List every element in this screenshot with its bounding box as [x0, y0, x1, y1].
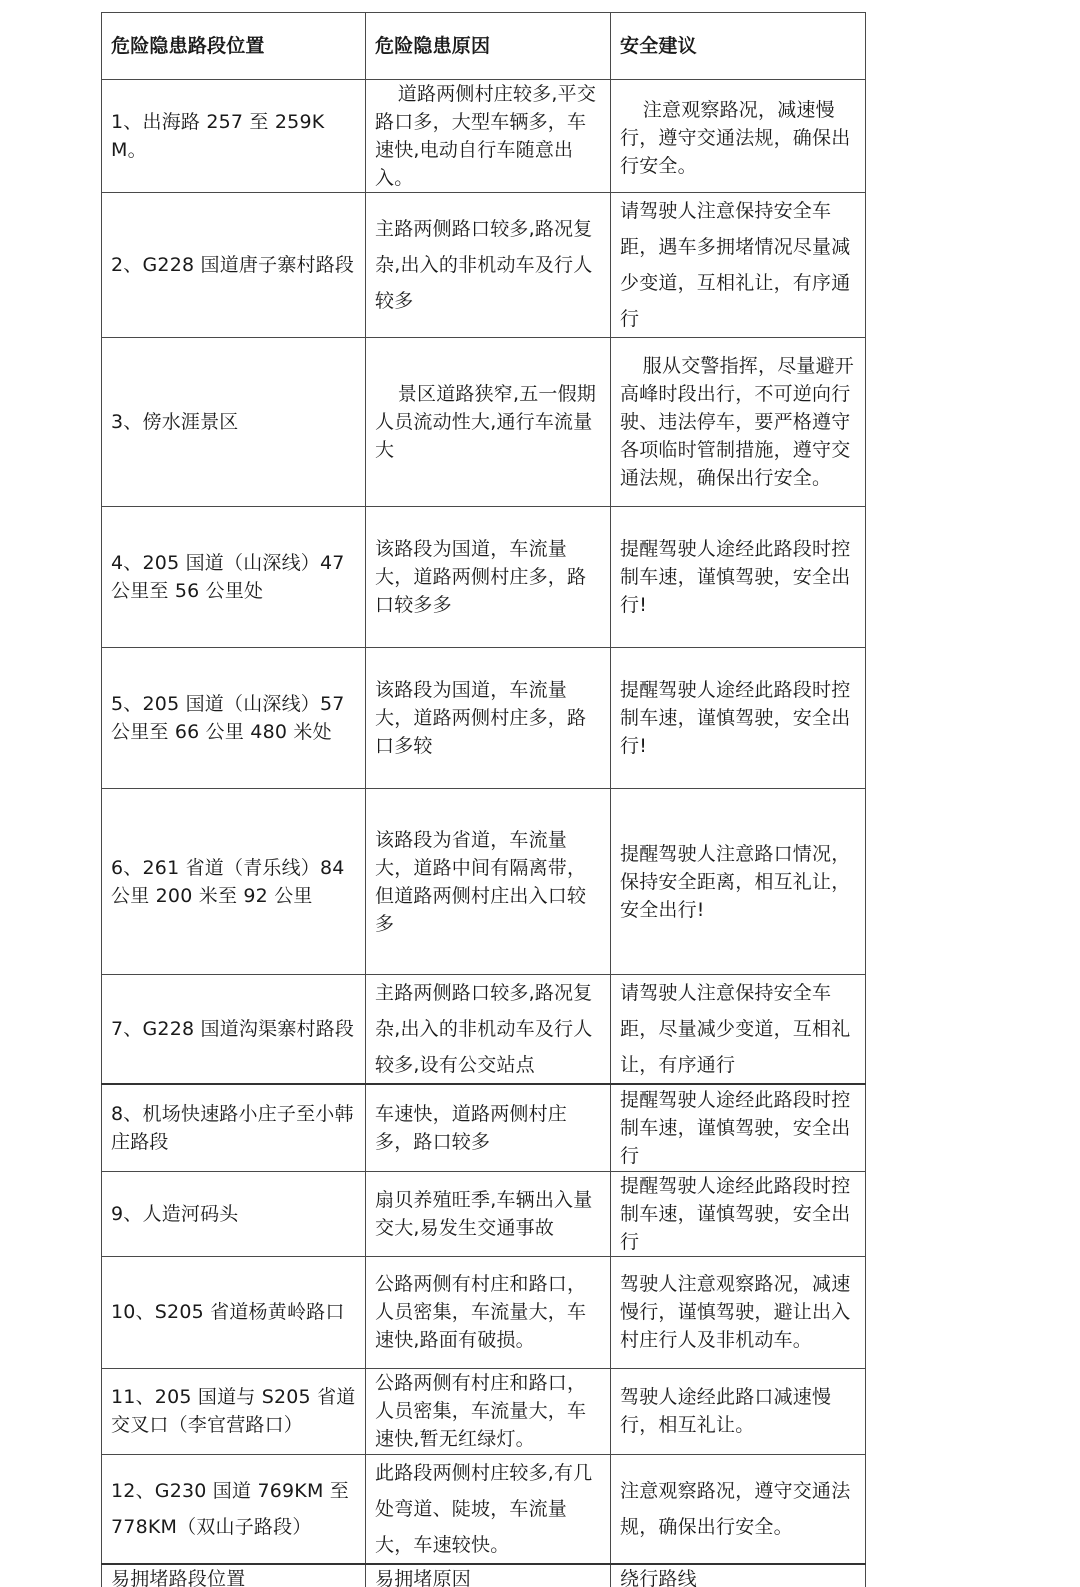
table-row: 5、205 国道（山深线）57 公里至 66 公里 480 米处 该路段为国道，… — [102, 648, 866, 789]
table-row: 9、人造河码头 扇贝养殖旺季,车辆出入量交大,易发生交通事故 提醒驾驶人途经此路… — [102, 1171, 866, 1256]
cell-location: 8、机场快速路小庄子至小韩庄路段 — [102, 1084, 366, 1171]
table-row: 2、G228 国道唐子寨村路段 主路两侧路口较多,路况复杂,出入的非机动车及行人… — [102, 193, 866, 338]
cell-cause: 该路段为国道，车流量大，道路两侧村庄多，路口多较 — [366, 648, 611, 789]
cell-cause: 该路段为省道，车流量大，道路中间有隔离带，但道路两侧村庄出入口较多 — [366, 789, 611, 975]
table-row: 3、傍水涯景区 景区道路狭窄,五一假期人员流动性大,通行车流量大 服从交警指挥，… — [102, 338, 866, 507]
table-row: 7、G228 国道沟渠寨村路段 主路两侧路口较多,路况复杂,出入的非机动车及行人… — [102, 975, 866, 1085]
cell-cause: 主路两侧路口较多,路况复杂,出入的非机动车及行人较多 — [366, 193, 611, 338]
cell-advice: 提醒驾驶人途经此路段时控制车速，谨慎驾驶，安全出行 — [611, 1084, 866, 1171]
cell-advice: 驾驶人途经此路口减速慢行，相互礼让。 — [611, 1368, 866, 1454]
table-row: 12、G230 国道 769KM 至 778KM（双山子路段） 此路段两侧村庄较… — [102, 1454, 866, 1564]
header-advice: 安全建议 — [611, 13, 866, 80]
next-section-header-row: 易拥堵路段位置 易拥堵原因 绕行路线 — [102, 1564, 866, 1587]
table-row: 10、S205 省道杨黄岭路口 公路两侧有村庄和路口，人员密集，车流量大，车速快… — [102, 1256, 866, 1368]
cell-cause: 此路段两侧村庄较多,有几处弯道、陡坡，车流量大，车速较快。 — [366, 1454, 611, 1564]
cell-location: 7、G228 国道沟渠寨村路段 — [102, 975, 366, 1085]
cell-location: 11、205 国道与 S205 省道交叉口（李官营路口） — [102, 1368, 366, 1454]
cell-cause: 道路两侧村庄较多,平交路口多，大型车辆多，车速快,电动自行车随意出入。 — [366, 80, 611, 193]
header-congestion-cause: 易拥堵原因 — [366, 1564, 611, 1587]
cell-cause: 景区道路狭窄,五一假期人员流动性大,通行车流量大 — [366, 338, 611, 507]
cell-advice: 请驾驶人注意保持安全车距，遇车多拥堵情况尽量减少变道，互相礼让，有序通行 — [611, 193, 866, 338]
cell-cause: 主路两侧路口较多,路况复杂,出入的非机动车及行人较多,设有公交站点 — [366, 975, 611, 1085]
cell-advice: 驾驶人注意观察路况，减速慢行，谨慎驾驶，避让出入村庄行人及非机动车。 — [611, 1256, 866, 1368]
table-row: 8、机场快速路小庄子至小韩庄路段 车速快，道路两侧村庄多，路口较多 提醒驾驶人途… — [102, 1084, 866, 1171]
header-detour-route: 绕行路线 — [611, 1564, 866, 1587]
cell-location: 10、S205 省道杨黄岭路口 — [102, 1256, 366, 1368]
table-header-row: 危险隐患路段位置 危险隐患原因 安全建议 — [102, 13, 866, 80]
cell-cause: 车速快，道路两侧村庄多，路口较多 — [366, 1084, 611, 1171]
header-cause: 危险隐患原因 — [366, 13, 611, 80]
cell-advice: 请驾驶人注意保持安全车距，尽量减少变道，互相礼让，有序通行 — [611, 975, 866, 1085]
table-row: 6、261 省道（青乐线）84 公里 200 米至 92 公里 该路段为省道，车… — [102, 789, 866, 975]
cell-location: 12、G230 国道 769KM 至 778KM（双山子路段） — [102, 1454, 366, 1564]
cell-advice: 注意观察路况，减速慢行，遵守交通法规，确保出行安全。 — [611, 80, 866, 193]
cell-advice: 服从交警指挥，尽量避开高峰时段出行，不可逆向行驶、违法停车，要严格遵守各项临时管… — [611, 338, 866, 507]
cell-advice: 提醒驾驶人途经此路段时控制车速，谨慎驾驶，安全出行 — [611, 1171, 866, 1256]
table-row: 4、205 国道（山深线）47 公里至 56 公里处 该路段为国道，车流量大，道… — [102, 507, 866, 648]
cell-advice: 提醒驾驶人途经此路段时控制车速，谨慎驾驶，安全出行! — [611, 507, 866, 648]
cell-location: 5、205 国道（山深线）57 公里至 66 公里 480 米处 — [102, 648, 366, 789]
cell-location: 6、261 省道（青乐线）84 公里 200 米至 92 公里 — [102, 789, 366, 975]
table-row: 11、205 国道与 S205 省道交叉口（李官营路口） 公路两侧有村庄和路口，… — [102, 1368, 866, 1454]
cell-cause: 该路段为国道，车流量大，道路两侧村庄多，路口较多多 — [366, 507, 611, 648]
header-congestion-location: 易拥堵路段位置 — [102, 1564, 366, 1587]
cell-cause: 公路两侧有村庄和路口，人员密集，车流量大，车速快,路面有破损。 — [366, 1256, 611, 1368]
hazard-road-table: 危险隐患路段位置 危险隐患原因 安全建议 1、出海路 257 至 259KM。 … — [101, 12, 866, 1587]
document-page: 危险隐患路段位置 危险隐患原因 安全建议 1、出海路 257 至 259KM。 … — [101, 12, 865, 1587]
cell-location: 4、205 国道（山深线）47 公里至 56 公里处 — [102, 507, 366, 648]
table-row: 1、出海路 257 至 259KM。 道路两侧村庄较多,平交路口多，大型车辆多，… — [102, 80, 866, 193]
cell-advice: 提醒驾驶人注意路口情况，保持安全距离，相互礼让，安全出行! — [611, 789, 866, 975]
cell-advice: 注意观察路况，遵守交通法规，确保出行安全。 — [611, 1454, 866, 1564]
cell-location: 1、出海路 257 至 259KM。 — [102, 80, 366, 193]
cell-location: 2、G228 国道唐子寨村路段 — [102, 193, 366, 338]
cell-cause: 扇贝养殖旺季,车辆出入量交大,易发生交通事故 — [366, 1171, 611, 1256]
cell-location: 3、傍水涯景区 — [102, 338, 366, 507]
cell-cause: 公路两侧有村庄和路口，人员密集，车流量大，车速快,暂无红绿灯。 — [366, 1368, 611, 1454]
cell-advice: 提醒驾驶人途经此路段时控制车速，谨慎驾驶，安全出行! — [611, 648, 866, 789]
cell-location: 9、人造河码头 — [102, 1171, 366, 1256]
header-location: 危险隐患路段位置 — [102, 13, 366, 80]
